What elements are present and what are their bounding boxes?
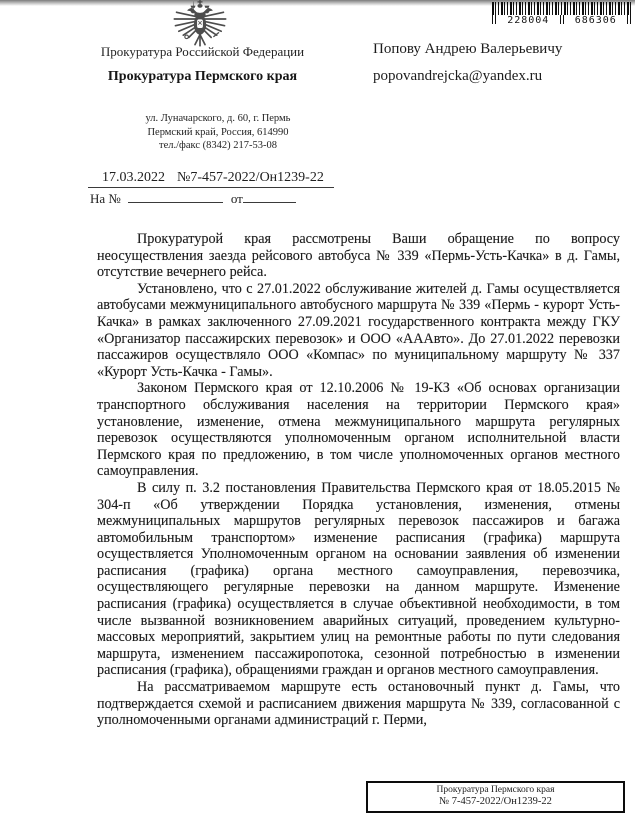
org-parent-name: Прокуратура Российской Федерации [80,44,325,59]
recipient-email: popovandrejcka@yandex.ru [373,67,603,85]
paragraph-3: Законом Пермского края от 12.10.2006 № 1… [97,380,620,480]
paragraph-5: На рассматриваемом маршруте есть останов… [97,679,620,729]
paragraph-2: Установлено, что с 27.01.2022 обслуживан… [97,281,620,381]
coat-of-arms-russia-icon [171,0,229,48]
paragraph-4: В силу п. 3.2 постановления Правительств… [97,480,620,679]
in-reply-date-blank [243,191,296,203]
number-sign: № [177,170,190,185]
ot-label: от [231,191,243,206]
letter-number: 7-457-2022/Он1239-22 [190,170,323,185]
org-address-block: ул. Луначарского, д. 60, г. Пермь Пермск… [118,112,318,153]
in-reply-number-blank [128,191,223,203]
scanned-letter-page: 228004 686306 [0,0,635,829]
address-region: Пермский край, Россия, 614990 [118,126,318,140]
barcode-number-left: 228004 [497,15,560,27]
address-phone: тел./факс (8342) 217-53-08 [118,139,318,153]
paragraph-1: Прокуратурой края рассмотрены Ваши обращ… [97,231,620,281]
letter-body: Прокуратурой края рассмотрены Ваши обращ… [97,231,620,729]
barcode-bars [492,2,632,15]
stamp-org-name: Прокуратура Пермского края [368,785,623,796]
na-label: На № [90,191,121,206]
org-name: Прокуратура Пермского края [80,69,325,85]
in-reply-to-line: На №от [90,191,296,207]
stamp-number: № 7-457-2022/Он1239-22 [368,796,623,808]
barcode-number-right: 686306 [565,15,628,27]
recipient-name: Попову Андрею Валерьевичу [373,40,603,58]
letter-date: 17.03.2022 [102,170,165,185]
reference-line: 17.03.2022№7-457-2022/Он1239-22 [88,170,334,188]
barcode-guard-right [627,15,632,24]
address-street: ул. Луначарского, д. 60, г. Пермь [118,112,318,126]
barcode: 228004 686306 [492,2,632,30]
recipient-block: Попову Андрею Валерьевичу popovandrejcka… [373,40,603,85]
registration-stamp: Прокуратура Пермского края № 7-457-2022/… [366,781,625,813]
